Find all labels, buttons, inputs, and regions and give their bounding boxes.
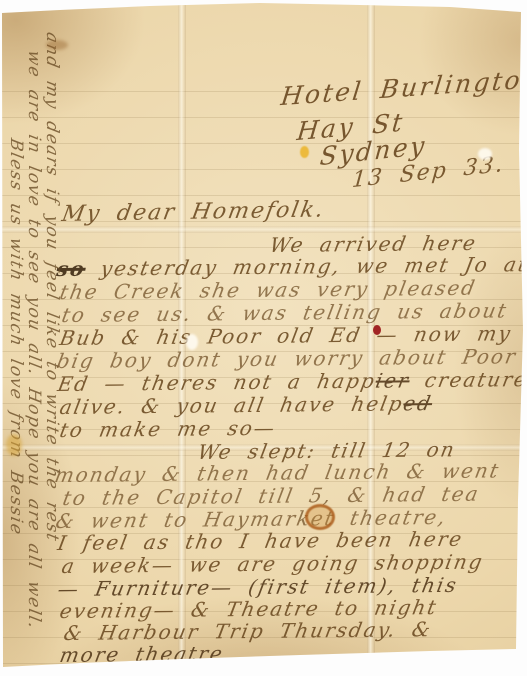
letter-line-text: creature [407, 367, 527, 392]
corrected-letters: ier [374, 368, 412, 392]
letter-line-text: alive. & you all have help [58, 391, 406, 419]
corrected-letters: ed [401, 391, 434, 415]
heading-hotel-name: Hotel Burlington [279, 66, 527, 109]
paper-abrasion-patch [186, 334, 198, 350]
letter-line: Ed — theres not a happier creature [56, 369, 527, 394]
margin-cross-writing-line: Bless us with much love from Bessie [7, 137, 24, 537]
letter-line: We arrived here [268, 233, 479, 255]
letter-paper: Hotel Burlington Hay St Sydney 13 Sep 33… [0, 0, 527, 676]
salutation: My dear Homefolk. [60, 199, 327, 226]
paper-abrasion-patch [478, 148, 492, 160]
margin-cross-writing-line: we are in love to see you all. Hope you … [25, 49, 42, 631]
yellow-stain [6, 434, 22, 456]
letter-line: I feel as tho I have been here [56, 529, 465, 553]
letter-line: alive. & you all have helped [58, 393, 434, 417]
yellow-fleck [300, 146, 309, 158]
letter-line: & Harbour Trip Thursday. & [62, 619, 434, 643]
scanned-letter-photo: Hotel Burlington Hay St Sydney 13 Sep 33… [0, 0, 527, 676]
letter-line: to make me so— [58, 418, 278, 440]
red-wax-spot [373, 325, 381, 335]
ink-ring-stain [305, 504, 335, 530]
margin-cross-writing-line: and my dears if you feel like to write t… [43, 31, 60, 544]
corner-smudge [46, 40, 68, 50]
letter-line: more theatre [58, 643, 226, 665]
